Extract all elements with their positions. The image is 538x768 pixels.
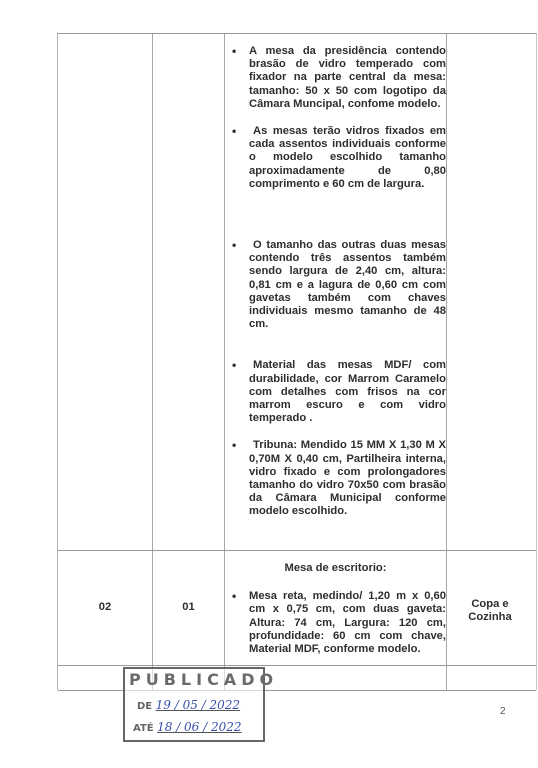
stamp-from-row: DE 19 / 05 / 2022 — [137, 698, 240, 712]
stamp-from-label: DE — [137, 701, 152, 712]
description-title: Mesa de escritorio: — [225, 562, 446, 575]
column-divider — [152, 34, 153, 690]
row-2-description: Mesa de escritorio: • Mesa reta, medindo… — [225, 562, 446, 656]
column-divider — [446, 34, 447, 690]
description-bullet: • A mesa da presidência contendo brasão … — [225, 45, 446, 111]
description-bullet: • Mesa reta, medindo/ 1,20 m x 0,60 cm x… — [225, 590, 446, 656]
bullet-icon: • — [232, 359, 236, 372]
description-bullet: • O tamanho das outras duas mesas conten… — [225, 239, 446, 331]
item-location: Copa e Cozinha — [450, 598, 530, 624]
bullet-icon: • — [232, 590, 236, 603]
bullet-icon: • — [232, 45, 236, 58]
row-divider — [58, 550, 536, 551]
bullet-icon: • — [232, 125, 236, 138]
bullet-icon: • — [232, 239, 236, 252]
description-bullet: • As mesas terão vidros fixados em cada … — [225, 125, 446, 191]
row-divider — [58, 665, 536, 666]
stamp-to-row: ATÉ 18 / 06 / 2022 — [133, 720, 242, 734]
description-bullet: • Material das mesas MDF/ com durabilida… — [225, 359, 446, 425]
bullet-icon: • — [232, 439, 236, 452]
item-number: 02 — [58, 601, 152, 614]
row-1-description: • A mesa da presidência contendo brasão … — [225, 45, 446, 519]
stamp-to-date: 18 / 06 / 2022 — [157, 720, 241, 734]
stamp-from-date: 19 / 05 / 2022 — [156, 698, 240, 712]
publication-stamp: PUBLICADO DE 19 / 05 / 2022 ATÉ 18 / 06 … — [123, 667, 265, 742]
stamp-title: PUBLICADO — [129, 670, 278, 689]
stamp-to-label: ATÉ — [133, 723, 154, 734]
description-bullet: • Tribuna: Mendido 15 MM X 1,30 M X 0,70… — [225, 439, 446, 518]
item-quantity: 01 — [153, 601, 224, 614]
items-table: • A mesa da presidência contendo brasão … — [57, 33, 537, 690]
page-number: 2 — [500, 706, 506, 717]
